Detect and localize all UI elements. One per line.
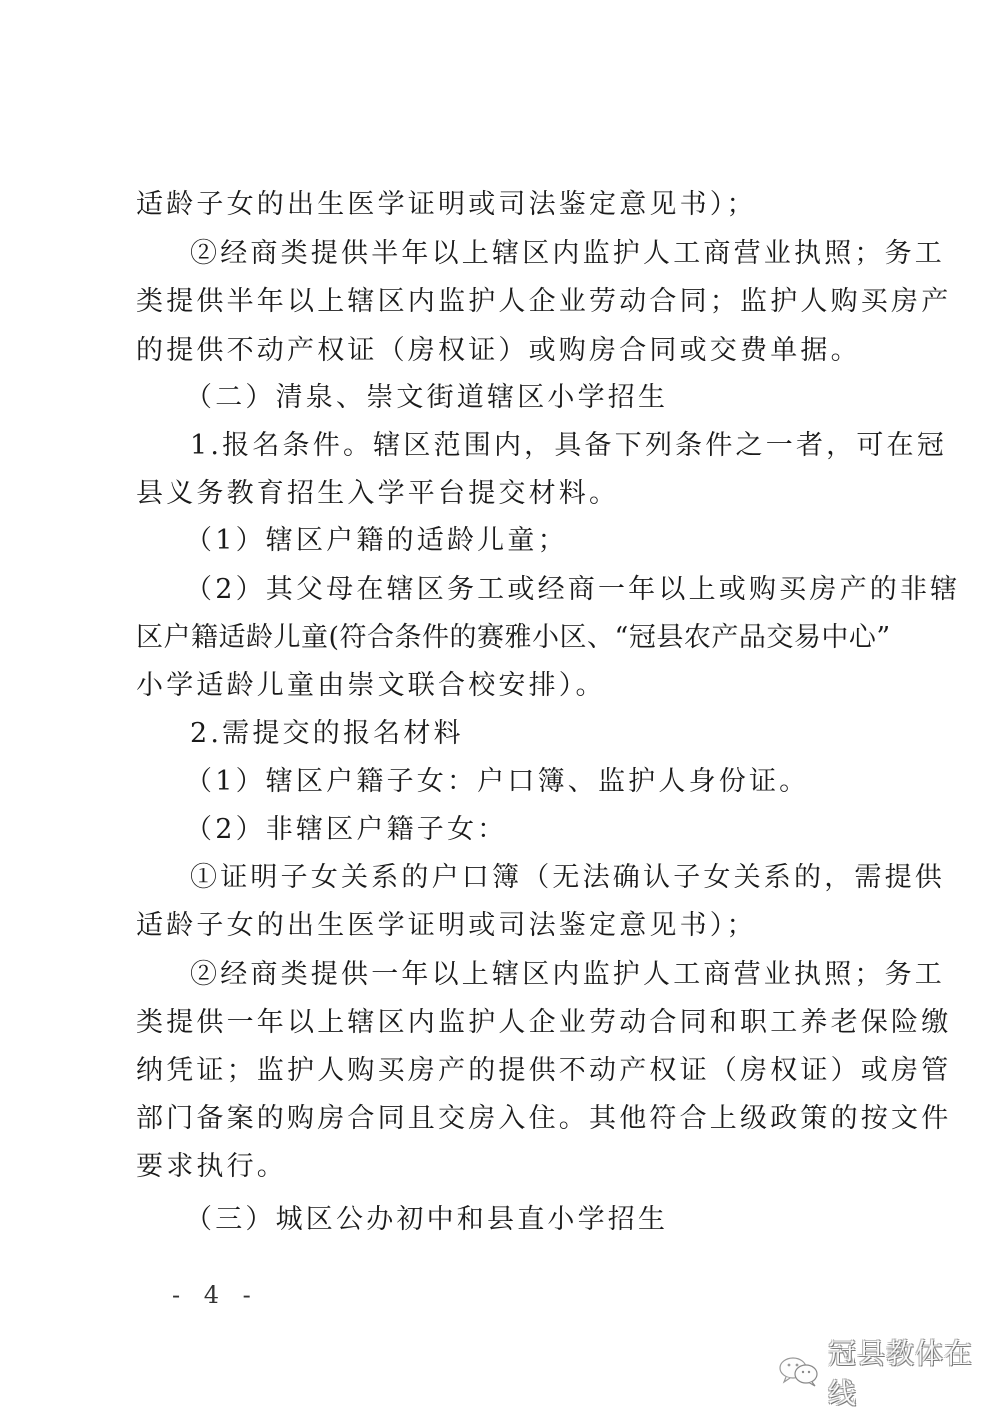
body-line: （2）非辖区户籍子女： xyxy=(185,813,866,847)
body-line: 适龄子女的出生医学证明或司法鉴定意见书）； xyxy=(136,188,866,222)
page-number: - 4 - xyxy=(172,1281,259,1309)
body-line: （1）辖区户籍的适龄儿童； xyxy=(185,524,866,558)
body-line: ①证明子女关系的户口簿（无法确认子女关系的，需提供 xyxy=(190,861,866,895)
body-line: 区户籍适龄儿童(符合条件的赛雅小区、“冠县农产品交易中心” xyxy=(136,621,866,655)
body-line: 的提供不动产权证（房权证）或购房合同或交费单据。 xyxy=(136,334,866,368)
body-line: （1）辖区户籍子女：户口簿、监护人身份证。 xyxy=(185,765,866,799)
document-page: 适龄子女的出生医学证明或司法鉴定意见书）； ②经商类提供半年以上辖区内监护人工商… xyxy=(0,0,1000,1414)
section-heading: （二）清泉、崇文街道辖区小学招生 xyxy=(185,381,866,415)
body-line: （2）其父母在辖区务工或经商一年以上或购买房产的非辖 xyxy=(185,573,866,607)
body-line: ②经商类提供半年以上辖区内监护人工商营业执照；务工 xyxy=(190,237,866,271)
body-line: 纳凭证；监护人购买房产的提供不动产权证（房权证）或房管 xyxy=(136,1054,866,1088)
body-line: ②经商类提供一年以上辖区内监护人工商营业执照；务工 xyxy=(190,958,866,992)
body-line: 县义务教育招生入学平台提交材料。 xyxy=(136,477,866,511)
section-heading: （三）城区公办初中和县直小学招生 xyxy=(185,1203,866,1237)
body-line: 要求执行。 xyxy=(136,1150,866,1184)
body-line: 适龄子女的出生医学证明或司法鉴定意见书）； xyxy=(136,909,866,943)
body-line: 部门备案的购房合同且交房入住。其他符合上级政策的按文件 xyxy=(136,1102,866,1136)
watermark: 冠县教体在线 xyxy=(778,1352,1000,1392)
body-line: 1.报名条件。辖区范围内，具备下列条件之一者，可在冠 xyxy=(190,429,866,463)
subsection-heading: 2.需提交的报名材料 xyxy=(190,717,866,751)
wechat-icon xyxy=(778,1355,822,1389)
body-line: 小学适龄儿童由崇文联合校安排）。 xyxy=(136,669,866,703)
body-line: 类提供一年以上辖区内监护人企业劳动合同和职工养老保险缴 xyxy=(136,1006,866,1040)
body-line: 类提供半年以上辖区内监护人企业劳动合同；监护人购买房产 xyxy=(136,285,866,319)
watermark-text: 冠县教体在线 xyxy=(828,1332,1000,1412)
